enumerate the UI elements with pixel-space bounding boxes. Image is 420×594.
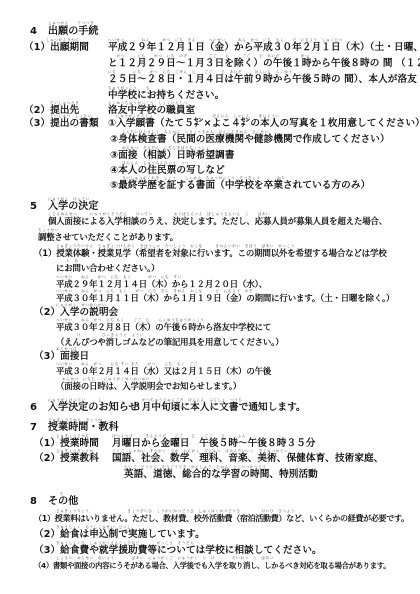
section-title: その他 xyxy=(48,496,78,507)
section-body: ３月中旬頃に本人に文書で通知します。 xyxy=(132,402,306,413)
document-item: ⑤最終学歴を証する書面（中学校を卒業されている方のみ） xyxy=(110,180,370,191)
item-label: （1）授業時間 xyxy=(34,438,99,449)
item-text: （面接の日時は、入学説明会でお知らせします。） xyxy=(56,381,241,392)
item-label: （3）面接日 xyxy=(34,351,89,362)
item-text: （2）給食は申込制で実施しています。 xyxy=(34,529,205,540)
intro-text: 調整させていただくことがあります。 xyxy=(38,232,178,243)
item-label: （2）入学の説明会 xyxy=(34,307,118,318)
section-title: 授業時間・教科 xyxy=(48,422,119,433)
item-text: 英語、道徳、総合的な学習の時間、特別活動 xyxy=(124,469,318,480)
item-text: 月曜日から金曜日 午後５時～午後８時３５分 xyxy=(112,438,316,449)
item-label: （2）授業教科 xyxy=(34,453,99,464)
item-text: にお問い合わせください。） xyxy=(56,263,159,274)
item-text: 平成３０年２月１４日（水）又は２月１５日（木）の午後 xyxy=(56,366,271,377)
item-label: （3）提出の書類 xyxy=(24,118,99,129)
item-text: 平成２９年１２月１日（金）から平成３０年２月１日（木）（土・日曜、祝日 xyxy=(108,42,420,53)
item-label: （1）授業体験・授業見学（希望者を対象に行います。この期間以外を希望する場合など… xyxy=(34,248,387,259)
section-title: 入学の決定 xyxy=(48,201,99,212)
item-text: （3）給食費や就学援助費等については学校に相談してください。 xyxy=(34,545,322,556)
document-item: ④本人の住民票の写しなど xyxy=(110,165,225,176)
intro-text: 個人面接による入学相談のうえ、決定します。ただし、応募人員が募集人員を超えた場合… xyxy=(48,216,387,227)
section-number: 6 xyxy=(30,402,37,413)
item-text: ２５日～２８日・１月４日は午前９時から午後５時の 間）、本人が洛友 xyxy=(108,74,417,85)
section-title: 出願の手続 xyxy=(48,26,99,37)
item-text: （えんぴつや消しゴムなどの筆記用具を用意してください。） xyxy=(56,337,284,348)
document-item: ②身体検査書（民間の医療機関や健診機関で作成してください） xyxy=(110,134,390,145)
item-text: 平成３０年１月１１日（木）から１月１９日（金）の期間に行います。（土・日曜を除く… xyxy=(56,293,394,304)
item-text: と１２月２９日～１月３日を除く）の午後１時から午後８時の 間 （１２月 xyxy=(108,58,420,69)
document-item: ①入学願書（たて５㌢×よこ４㌢の本人の写真を１枚用意してください） xyxy=(108,118,420,129)
item-text: （4）書類や面接の内容にうそがある場合、入学後でも入学を取り消し、しかるべき対応… xyxy=(34,560,390,571)
item-text: （1）授業料はいりません。ただし、教材費、校外活動費（宿泊活動費）など、いくらか… xyxy=(34,513,409,524)
item-label: （1）出願期間 xyxy=(24,42,89,53)
section-number: 5 xyxy=(30,201,37,212)
section-number: 4 xyxy=(30,26,37,37)
section-number: 7 xyxy=(30,422,37,433)
section-number: 8 xyxy=(30,496,37,507)
item-text: 国語、社会、数学、理科、音楽、美術、保健体育、技術家庭、 xyxy=(112,453,383,464)
ruby: しゅつがん てつづき xyxy=(48,21,94,25)
document-item: ③面接（相談）日時希望調書 xyxy=(110,150,235,161)
item-text: 中学校にお持ちください。 xyxy=(108,90,224,101)
item-text: 平成３０年２月８日（木）の午後６時から洛友中学校にて xyxy=(56,322,271,333)
section-title: 入学決定のお知らせ xyxy=(48,402,139,413)
